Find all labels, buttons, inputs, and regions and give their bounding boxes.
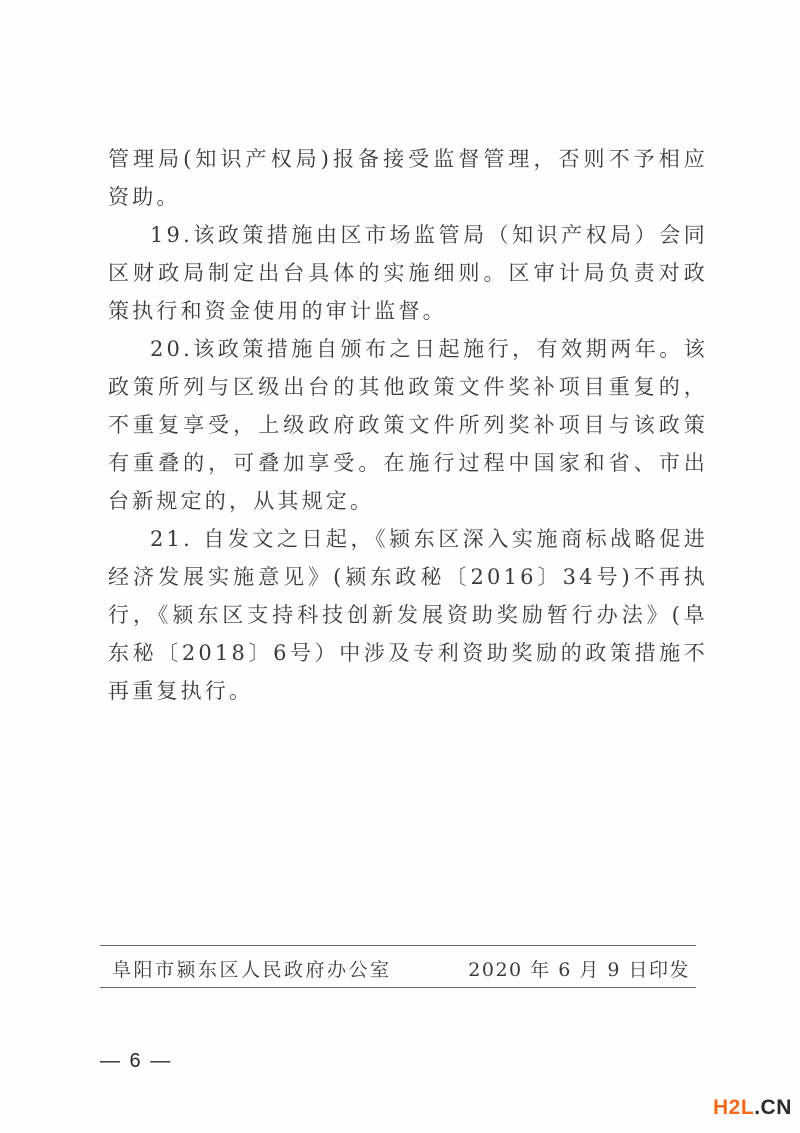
footer-bottom-rule xyxy=(100,987,696,988)
paragraph-item-21: 21. 自发文之日起，《颍东区深入实施商标战略促进经济发展实施意见》(颍东政秘〔… xyxy=(108,520,708,710)
paragraph-item-20: 20.该政策措施自颁布之日起施行，有效期两年。该政策所列与区级出台的其他政策文件… xyxy=(108,330,708,520)
document-body: 管理局(知识产权局)报备接受监督管理，否则不予相应资助。 19.该政策措施由区市… xyxy=(108,140,708,710)
page-number: — 6 — xyxy=(100,1050,172,1073)
footer-top-rule xyxy=(100,945,696,946)
document-page: 管理局(知识产权局)报备接受监督管理，否则不予相应资助。 19.该政策措施由区市… xyxy=(0,0,800,1133)
issue-date: 2020 年 6 月 9 日印发 xyxy=(468,955,690,982)
paragraph-continuation: 管理局(知识产权局)报备接受监督管理，否则不予相应资助。 xyxy=(108,140,708,216)
issuer-name: 阜阳市颍东区人民政府办公室 xyxy=(112,955,392,982)
watermark-domain-text: .CN xyxy=(754,1096,792,1119)
watermark-logo: H2L.CN xyxy=(713,1096,792,1120)
paragraph-item-19: 19.该政策措施由区市场监管局（知识产权局）会同区财政局制定出台具体的实施细则。… xyxy=(108,216,708,330)
watermark-accent-text: H2L xyxy=(713,1096,754,1119)
